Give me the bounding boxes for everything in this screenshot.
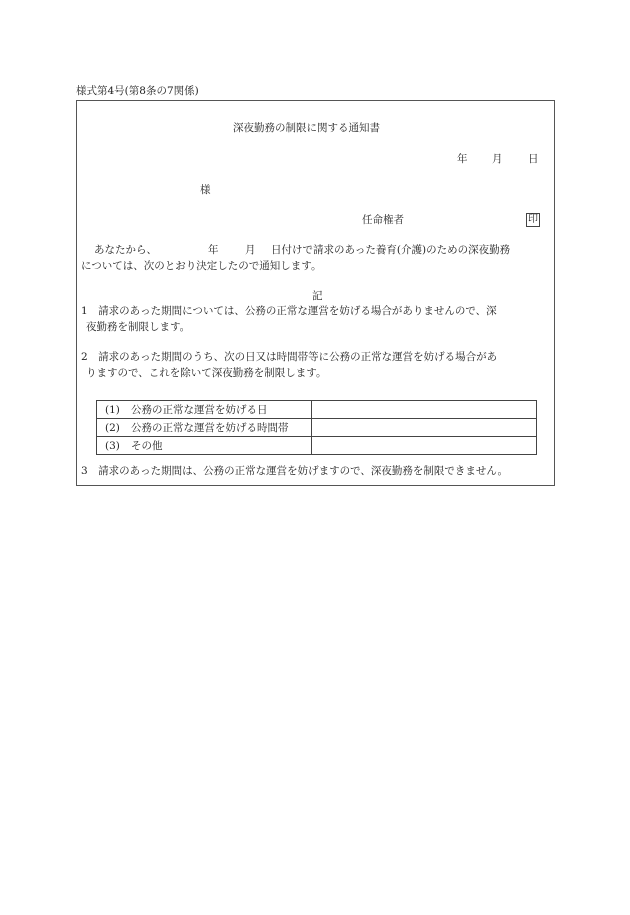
intro-prefix: あなたから、 [94,243,157,257]
intro-year: 年 [208,243,219,257]
form-number-label: 様式第4号(第8条の7関係) [76,84,199,98]
row-value-field[interactable] [312,419,537,437]
seal-icon: 印 [526,213,540,227]
item2-line2: りますので、これを除いて深夜勤務を制限します。 [86,366,326,380]
row-value-field[interactable] [312,437,537,455]
table-row: (2) 公務の正常な運営を妨げる時間帯 [97,419,537,437]
intro-month: 月 [245,243,256,257]
table-row: (1) 公務の正常な運営を妨げる日 [97,401,537,419]
date-day-label: 日 [528,152,539,166]
issuer-label: 任命権者 [362,213,404,227]
row-label: その他 [127,437,312,455]
row-number: (3) [97,437,128,455]
item1-line2: 夜勤務を制限します。 [86,320,190,334]
ki-heading: 記 [312,289,323,303]
document-title: 深夜勤務の制限に関する通知書 [233,121,380,135]
date-year-label: 年 [457,152,468,166]
row-number: (1) [97,401,128,419]
date-month-label: 月 [492,152,503,166]
table-row: (3) その他 [97,437,537,455]
seal-mark: 印 [526,212,540,227]
intro-line1-rest: 日付けで請求のあった養育(介護)のための深夜勤務 [271,243,510,257]
item-3: 3 請求のあった期間は、公務の正常な運営を妨げますので、深夜勤務を制限できません… [81,464,508,478]
row-number: (2) [97,419,128,437]
item2-line1: 2 請求のあった期間のうち、次の日又は時間帯等に公務の正常な運営を妨げる場合があ [81,350,497,364]
item1-line1: 1 請求のあった期間については、公務の正常な運営を妨げる場合がありませんので、深 [81,304,497,318]
exception-table: (1) 公務の正常な運営を妨げる日 (2) 公務の正常な運営を妨げる時間帯 (3… [96,400,537,455]
row-value-field[interactable] [312,401,537,419]
addressee-suffix: 様 [200,183,211,197]
intro-line2: については、次のとおり決定したので通知します。 [81,259,321,273]
row-label: 公務の正常な運営を妨げる日 [127,401,312,419]
row-label: 公務の正常な運営を妨げる時間帯 [127,419,312,437]
